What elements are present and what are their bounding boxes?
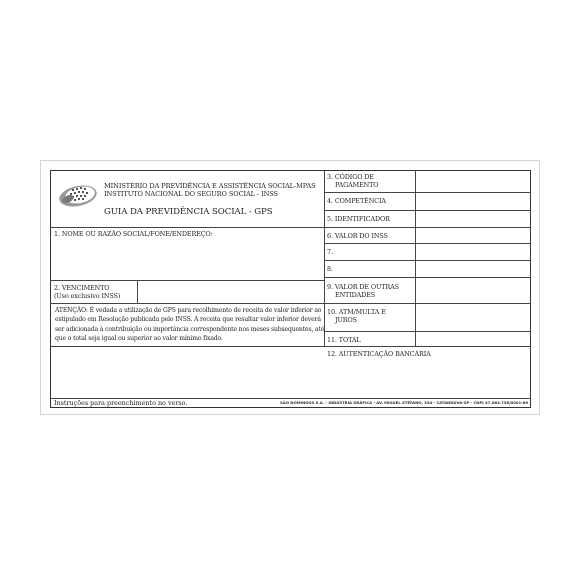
payment-code-label: 3. CÓDIGO DE PAGAMENTO (327, 173, 378, 189)
divider (415, 170, 416, 346)
bank-authentication-label: 12. AUTENTICAÇÃO BANCÁRIA (327, 350, 431, 358)
total-field[interactable] (417, 332, 529, 345)
field-7-label: 7. (327, 248, 333, 256)
ministry-name: MINISTÉRIO DA PREVIDÊNCIA E ASSISTÊNCIA … (104, 182, 316, 190)
inss-value-field[interactable] (417, 228, 529, 242)
payment-code-field[interactable] (417, 171, 529, 191)
total-label: 11. TOTAL (327, 336, 361, 344)
other-entities-field[interactable] (417, 278, 529, 302)
competence-field[interactable] (417, 193, 529, 209)
printer-info: SÃO DOMINGOS S.A. - INDÚSTRIA GRÁFICA - … (280, 400, 528, 405)
identifier-label: 5. IDENTIFICADOR (327, 215, 390, 223)
other-entities-label: 9. VALOR DE OUTRAS ENTIDADES (327, 283, 399, 299)
field-8[interactable] (417, 261, 529, 276)
divider (50, 227, 324, 228)
form-title: GUIA DA PREVIDÊNCIA SOCIAL - GPS (104, 207, 273, 217)
fine-interest-field[interactable] (417, 304, 529, 330)
field-7[interactable] (417, 244, 529, 259)
divider (137, 280, 138, 303)
field-8-label: 8. (327, 265, 333, 273)
divider (50, 303, 324, 304)
inss-value-label: 6. VALOR DO INSS (327, 232, 388, 240)
header-agency: MINISTÉRIO DA PREVIDÊNCIA E ASSISTÊNCIA … (104, 182, 316, 198)
inss-logo-icon (58, 183, 98, 209)
fine-interest-label: 10. ATM/MULTA E JUROS (327, 308, 386, 324)
due-date-label: 2. VENCIMENTO (Uso exclusivo INSS) (54, 284, 120, 300)
name-address-field[interactable] (52, 239, 322, 279)
divider (50, 346, 531, 347)
institute-name: INSTITUTO NACIONAL DO SEGURO SOCIAL - IN… (104, 190, 316, 198)
identifier-field[interactable] (417, 211, 529, 226)
competence-label: 4. COMPETÊNCIA (327, 197, 386, 205)
name-address-label: 1. NOME OU RAZÃO SOCIAL/FONE/ENDEREÇO: (54, 230, 213, 238)
attention-notice: ATENÇÃO: É vedada a utilização de GPS pa… (55, 306, 325, 343)
instructions-note: Instruções para preenchimento no verso. (54, 399, 187, 407)
due-date-field[interactable] (139, 281, 323, 302)
